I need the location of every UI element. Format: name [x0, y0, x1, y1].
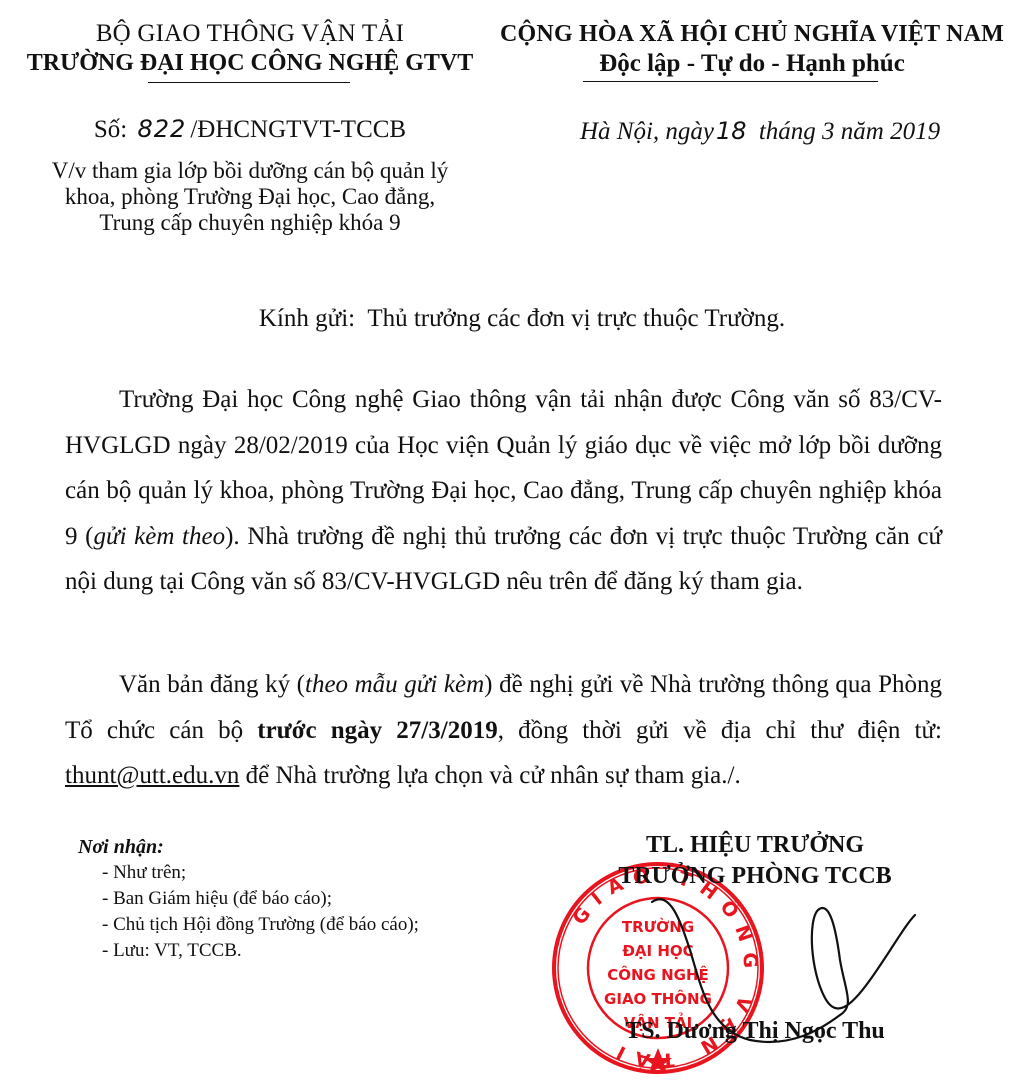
issuer-header: BỘ GIAO THÔNG VẬN TẢI TRƯỜNG ĐẠI HỌC CÔN… [0, 20, 500, 78]
header-underline-left [148, 82, 350, 83]
subject-line: Trung cấp chuyên nghiệp khóa 9 [0, 210, 500, 236]
recipient-value: Thủ trưởng các đơn vị trực thuộc Trường. [367, 305, 785, 333]
motto: Độc lập - Tự do - Hạnh phúc [480, 48, 1024, 80]
paragraph-2-text-mid2: , đồng thời gửi về địa chỉ thư điện tử: [498, 717, 942, 744]
paragraph-2-text-end: để Nhà trường lựa chọn và cử nhân sự tha… [239, 762, 740, 789]
date-suffix: tháng 3 năm 2019 [759, 118, 940, 145]
recipients-item: - Ban Giám hiệu (để báo cáo); [78, 886, 419, 912]
recipients-item: - Như trên; [78, 860, 419, 886]
date-day-handwritten: 18 [714, 117, 753, 145]
document-number-prefix: Số: [94, 116, 127, 143]
subject-line: V/v tham gia lớp bồi dưỡng cán bộ quản l… [0, 158, 500, 184]
recipients-list: Nơi nhận: - Như trên; - Ban Giám hiệu (đ… [78, 834, 419, 964]
document-number-handwritten: 822 [134, 115, 191, 143]
email-link[interactable]: thunt@utt.edu.vn [65, 762, 239, 789]
school-name: TRƯỜNG ĐẠI HỌC CÔNG NGHỆ GTVT [0, 48, 500, 78]
signer-name: TS. Dương Thị Ngọc Thu [560, 1018, 950, 1045]
subject: V/v tham gia lớp bồi dưỡng cán bộ quản l… [0, 158, 500, 236]
paragraph-2-italic: theo mẫu gửi kèm [305, 671, 484, 698]
paragraph-2-text: Văn bản đăng ký ( [119, 671, 305, 698]
ministry-name: BỘ GIAO THÔNG VẬN TẢI [0, 20, 500, 48]
handwritten-signature [640, 880, 920, 1080]
recipients-item: - Chủ tịch Hội đồng Trường (để báo cáo); [78, 912, 419, 938]
date-line: Hà Nội, ngày18 tháng 3 năm 2019 [580, 117, 940, 146]
recipient-label: Kính gửi: [259, 305, 355, 333]
document-number-suffix: /ĐHCNGTVT-TCCB [190, 116, 406, 143]
recipients-item: - Lưu: VT, TCCB. [78, 938, 419, 964]
deadline: trước ngày 27/3/2019 [257, 717, 497, 744]
subject-line: khoa, phòng Trường Đại học, Cao đẳng, [0, 184, 500, 210]
document-number: Số: 822/ĐHCNGTVT-TCCB [0, 115, 500, 144]
date-prefix: Hà Nội, ngày [580, 118, 714, 145]
republic-title: CỘNG HÒA XÃ HỘI CHỦ NGHĨA VIỆT NAM [480, 20, 1024, 48]
signature-title-line1: TL. HIỆU TRƯỞNG [560, 830, 950, 861]
paragraph-1: Trường Đại học Công nghệ Giao thông vận … [65, 377, 942, 605]
recipients-title: Nơi nhận: [78, 834, 419, 860]
paragraph-2: Văn bản đăng ký (theo mẫu gửi kèm) đề ng… [65, 662, 942, 799]
header-underline-right [583, 81, 878, 82]
national-header: CỘNG HÒA XÃ HỘI CHỦ NGHĨA VIỆT NAM Độc l… [480, 20, 1024, 80]
recipient-line: Kính gửi: Thủ trưởng các đơn vị trực thu… [0, 305, 1024, 333]
paragraph-1-italic: gửi kèm theo [93, 523, 225, 550]
